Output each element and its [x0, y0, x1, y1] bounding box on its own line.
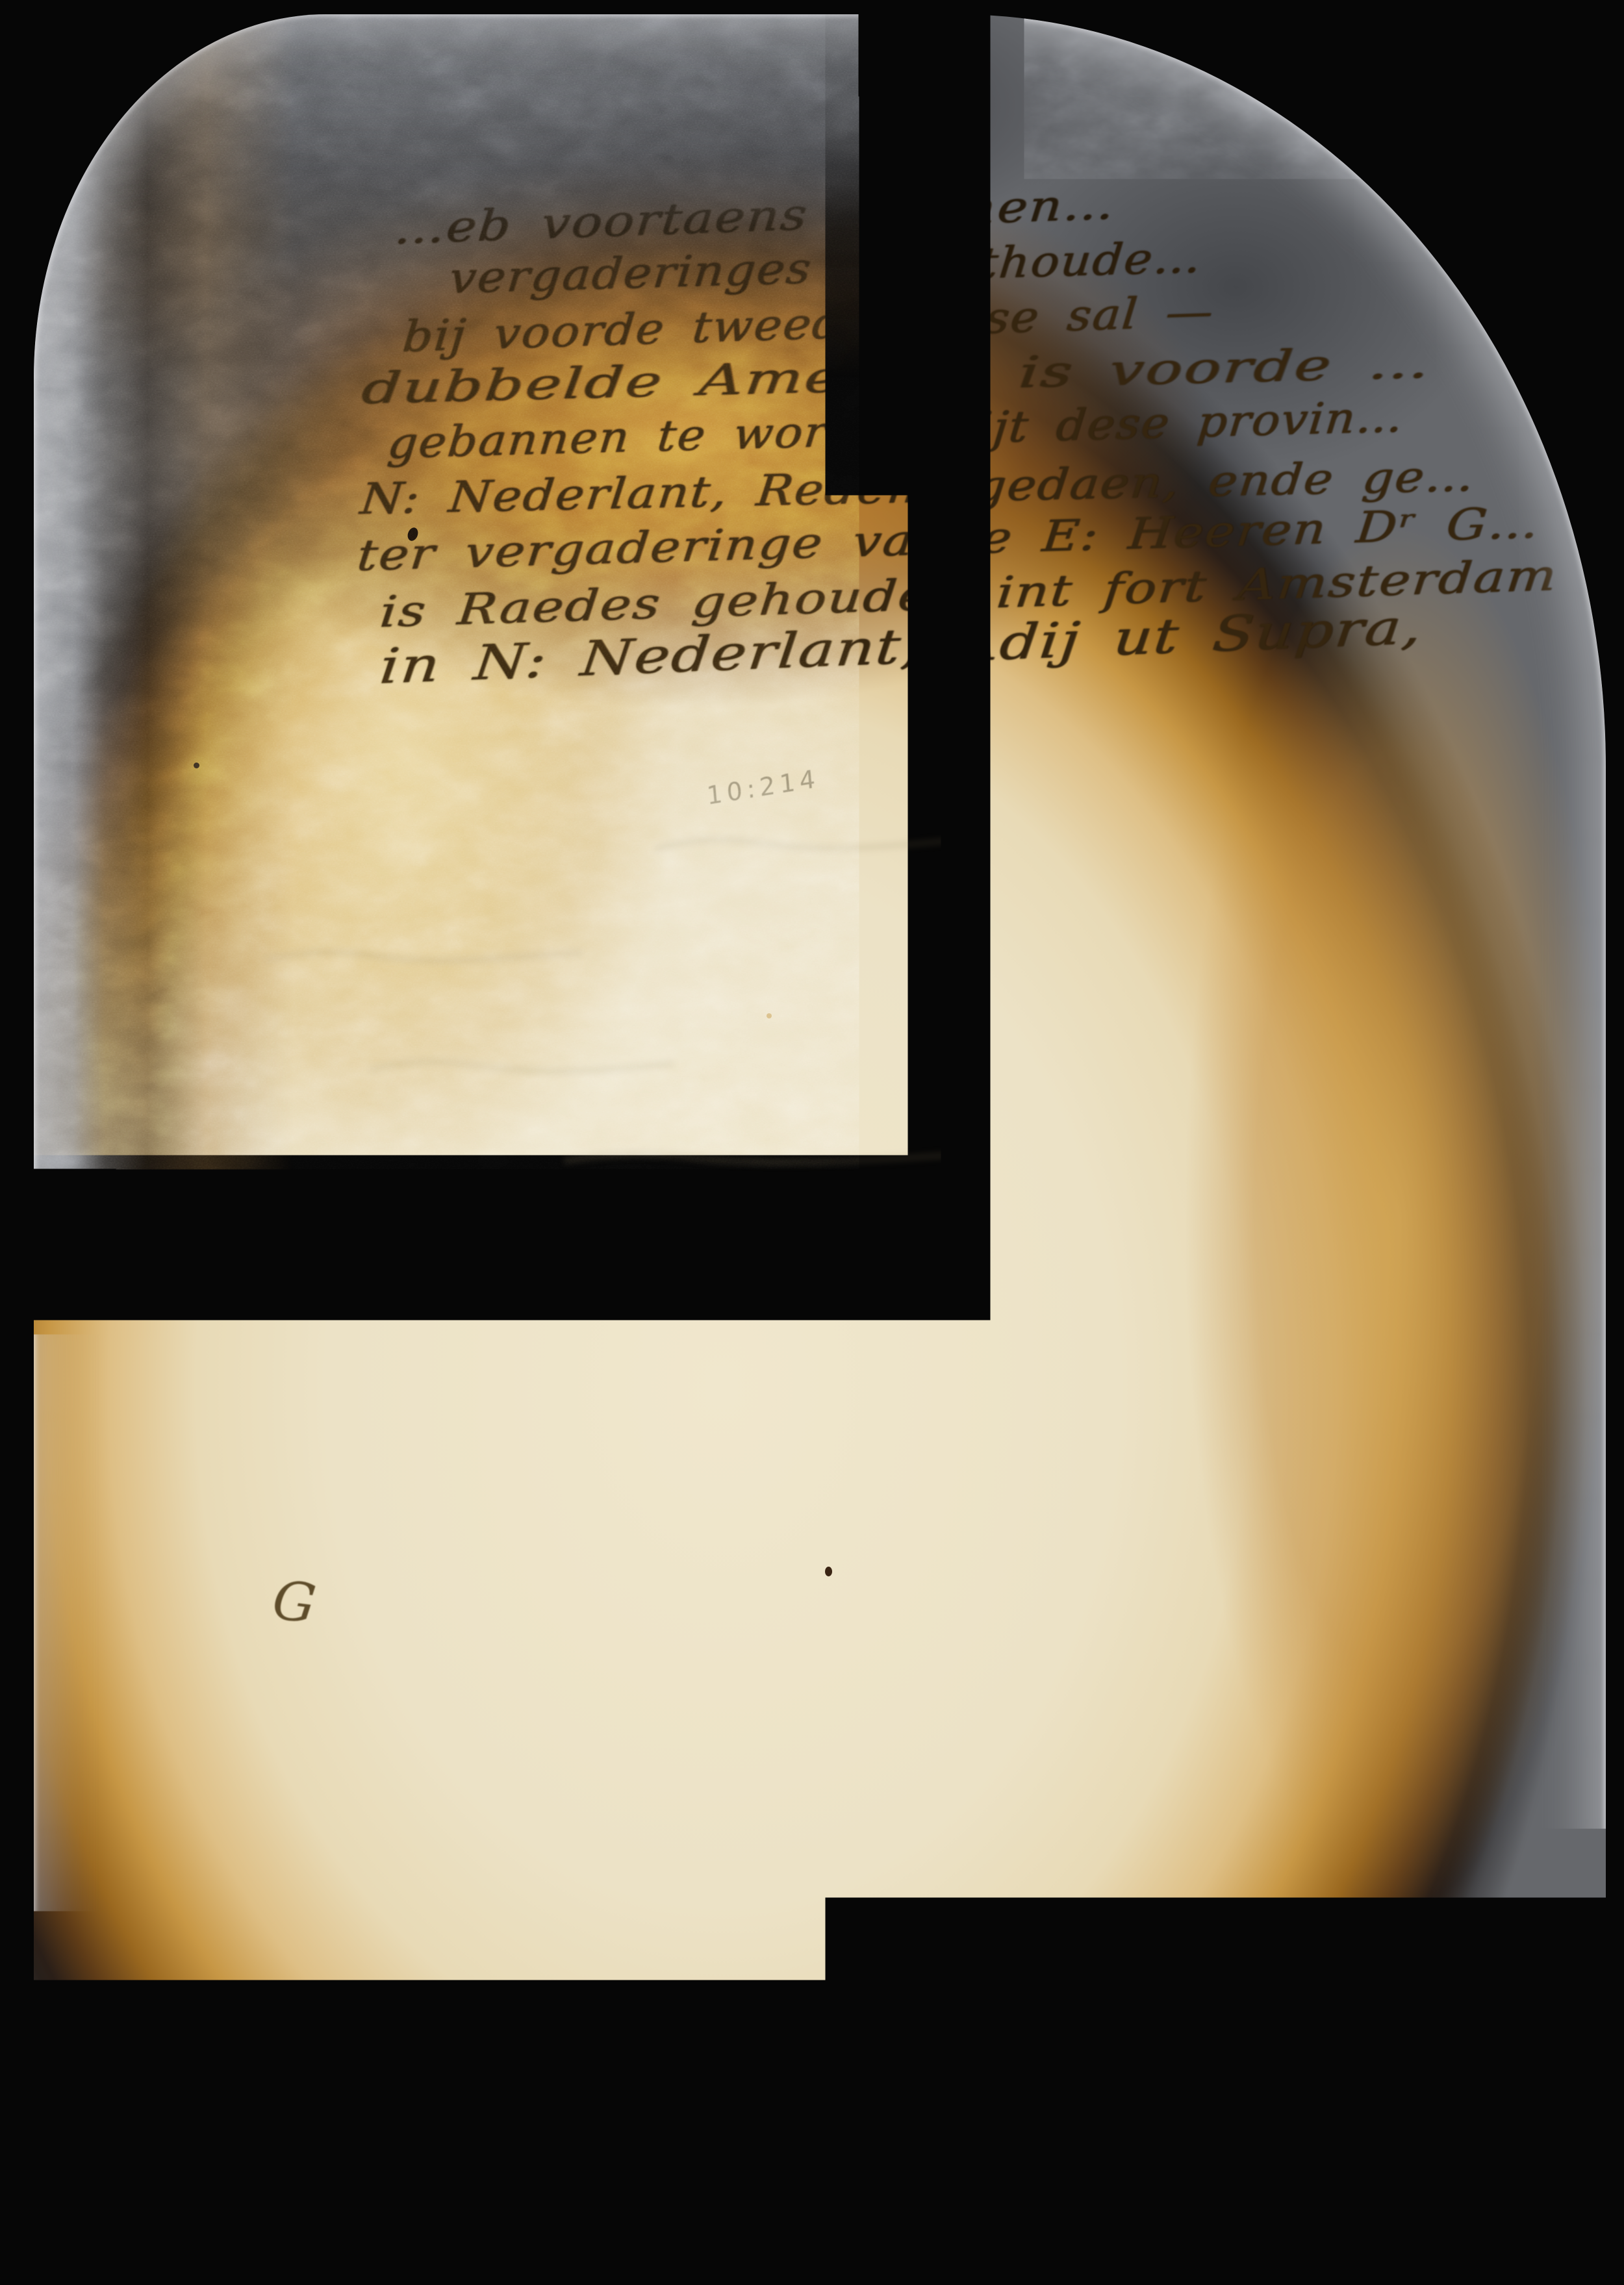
photo-stage: …eb voortaens van hen… vergaderinges te … [0, 0, 1624, 2285]
burned-manuscript-page: …eb voortaens van hen… vergaderinges te … [34, 14, 1606, 2265]
tissue-rim-highlight [34, 14, 1606, 2265]
